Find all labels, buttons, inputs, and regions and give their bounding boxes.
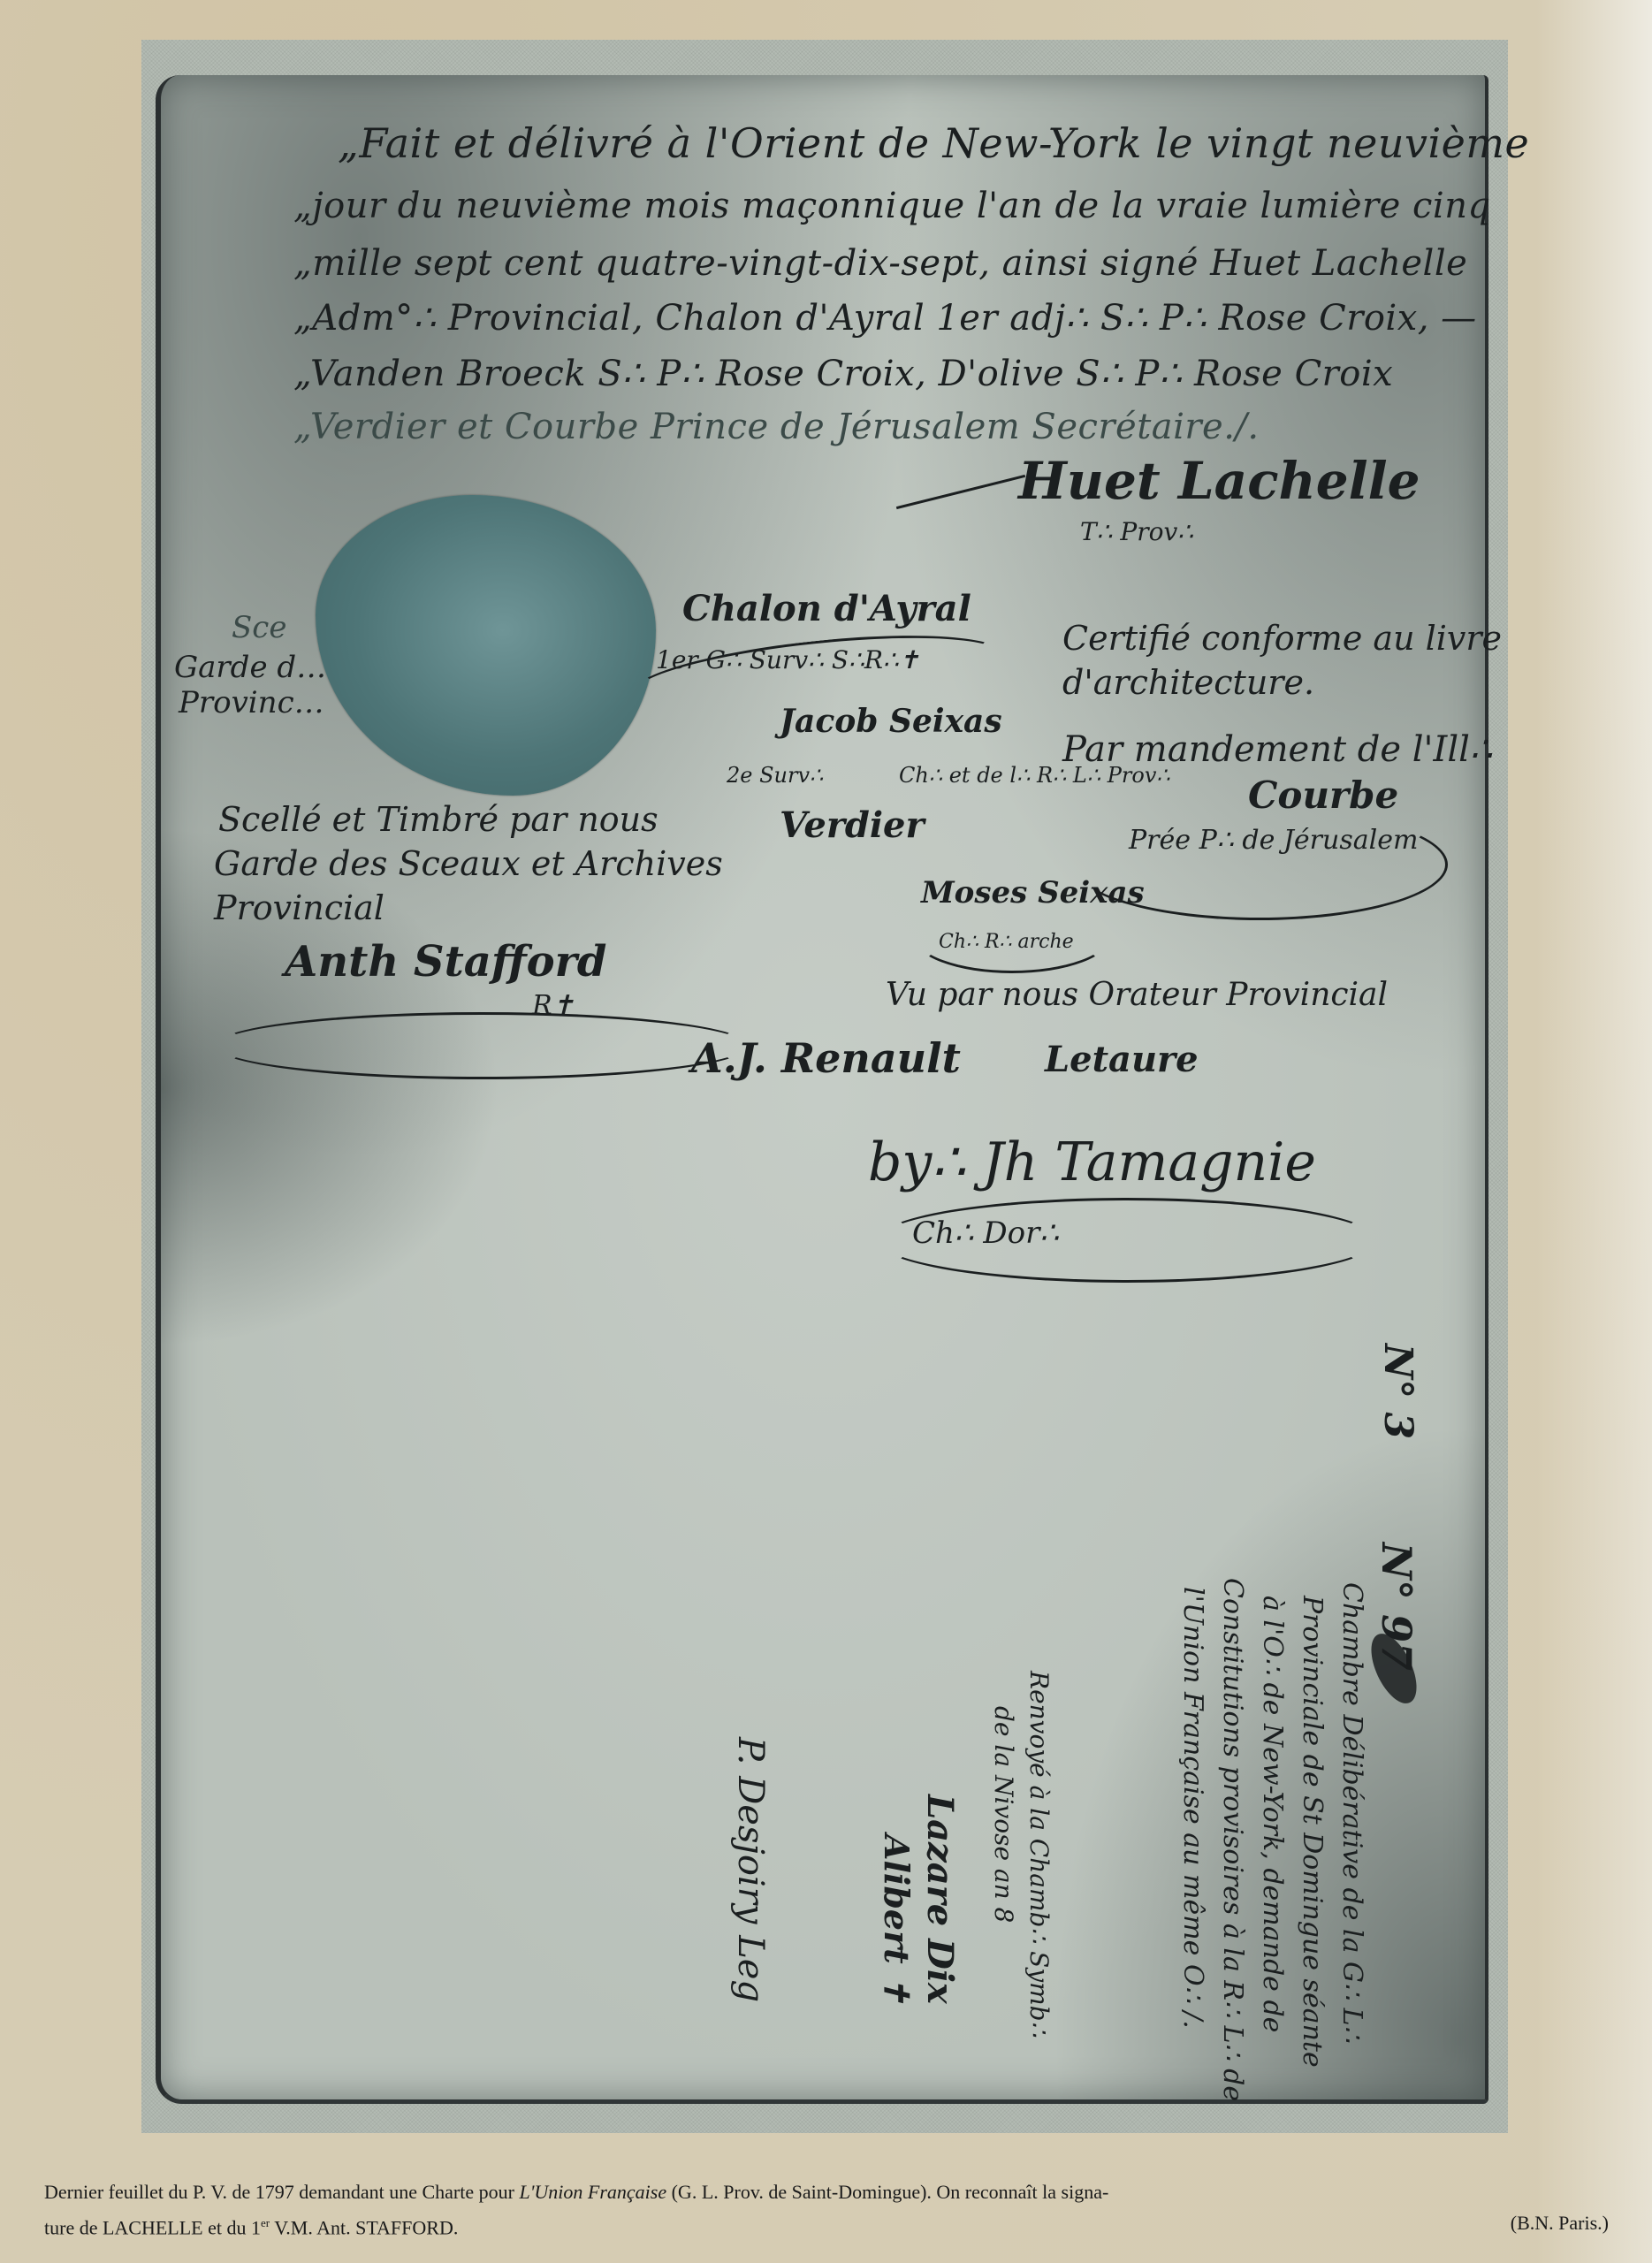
sealed-annotation-3: Provincial xyxy=(214,888,384,927)
flourish-curve xyxy=(912,897,1112,973)
sealed-annotation-2: Garde des Sceaux et Archives xyxy=(214,844,723,883)
faded-annotation-1: Sce xyxy=(232,610,286,645)
document-photograph: „Fait et délivré à l'Orient de New-York … xyxy=(141,40,1508,2133)
caption-credit: (B.N. Paris.) xyxy=(1511,2207,1609,2243)
caption-lodge-name: L'Union Française xyxy=(519,2181,666,2203)
faded-annotation-3: Provinc… xyxy=(179,685,324,720)
signature-verdier: Verdier xyxy=(780,804,925,846)
margin-line-3: à l'O∴ de New-York, demande de xyxy=(1257,1596,1288,2032)
caption-line-2: ture de LACHELLE et du 1er V.M. Ant. STA… xyxy=(44,2207,1609,2243)
signature-chalon: Chalon d'Ayral xyxy=(682,588,971,629)
manuscript-line-6: „Verdier et Courbe Prince de Jérusalem S… xyxy=(293,407,1260,447)
margin-line-1: Chambre Délibérative de la G∴ L∴ xyxy=(1336,1582,1367,2043)
manuscript-line-5: „Vanden Broeck S∴ P∴ Rose Croix, D'olive… xyxy=(293,354,1393,394)
caption-text: (G. L. Prov. de Saint-Domingue). On reco… xyxy=(672,2181,1109,2203)
margin-renvoi-1: Renvoyé à la Chamb∴ Symb∴ xyxy=(1024,1671,1054,2037)
certification-line-2: d'architecture. xyxy=(1062,663,1314,702)
signature-jacob: Jacob Seixas xyxy=(780,703,1002,740)
signature-jacob-title: 2e Surv∴ xyxy=(727,763,823,788)
margin-number: N° 3 xyxy=(1375,1344,1420,1439)
signature-letaure: Letaure xyxy=(1045,1039,1199,1080)
sealed-annotation-1: Scellé et Timbré par nous xyxy=(218,800,659,839)
manuscript-sheet: „Fait et délivré à l'Orient de New-York … xyxy=(156,75,1488,2104)
flourish-curve xyxy=(877,1198,1377,1283)
manuscript-line-1: „Fait et délivré à l'Orient de New-York … xyxy=(338,119,1529,167)
certification-line-1: Certifié conforme au livre xyxy=(1062,619,1502,658)
caption-text: ture de LACHELLE et du 1 xyxy=(44,2216,261,2238)
signature-renault: A.J. Renault xyxy=(691,1034,961,1082)
caption-text: Dernier feuillet du P. V. de 1797 demand… xyxy=(44,2181,514,2203)
signature-stafford: Anth Stafford xyxy=(285,937,606,987)
figure-caption: Dernier feuillet du P. V. de 1797 demand… xyxy=(44,2176,1609,2243)
manuscript-line-4: „Adm°∴ Provincial, Chalon d'Ayral 1er ad… xyxy=(293,298,1477,339)
margin-signature-2: Alibert ✝ xyxy=(877,1834,917,2004)
caption-superscript: er xyxy=(261,2216,270,2229)
signature-tamagnie: by∴ Jh Tamagnie xyxy=(868,1131,1316,1193)
caption-line-1: Dernier feuillet du P. V. de 1797 demand… xyxy=(44,2176,1609,2207)
manuscript-line-2: „jour du neuvième mois maçonnique l'an d… xyxy=(293,186,1491,226)
margin-line-5: l'Union Française au même O∴ /. xyxy=(1177,1587,1208,2029)
flourish-curve xyxy=(214,1012,750,1079)
margin-signature-3: P. Desjoiry Leg xyxy=(730,1737,771,2002)
orateur-line: Vu par nous Orateur Provincial xyxy=(886,977,1388,1013)
signature-lachelle: Huet Lachelle xyxy=(1018,451,1420,511)
certification-line-3: Par mandement de l'Ill∴ xyxy=(1062,729,1492,770)
margin-line-2: Provinciale de St Domingue séante xyxy=(1297,1596,1328,2068)
faded-annotation-2: Garde d… xyxy=(174,650,326,685)
flourish-line xyxy=(896,475,1025,509)
signature-lachelle-title: T∴ Prov∴ xyxy=(1080,517,1193,546)
manuscript-line-3: „mille sept cent quatre-vingt-dix-sept, … xyxy=(293,243,1467,284)
margin-renvoi-2: de la Nivose an 8 xyxy=(989,1706,1018,1923)
wax-seal xyxy=(316,495,656,796)
margin-signature-1: Lazare Dix xyxy=(919,1794,961,2004)
caption-text: V.M. Ant. STAFFORD. xyxy=(274,2216,458,2238)
margin-line-4: Constitutions provisoires à la R∴ L∴ de xyxy=(1217,1578,1248,2101)
